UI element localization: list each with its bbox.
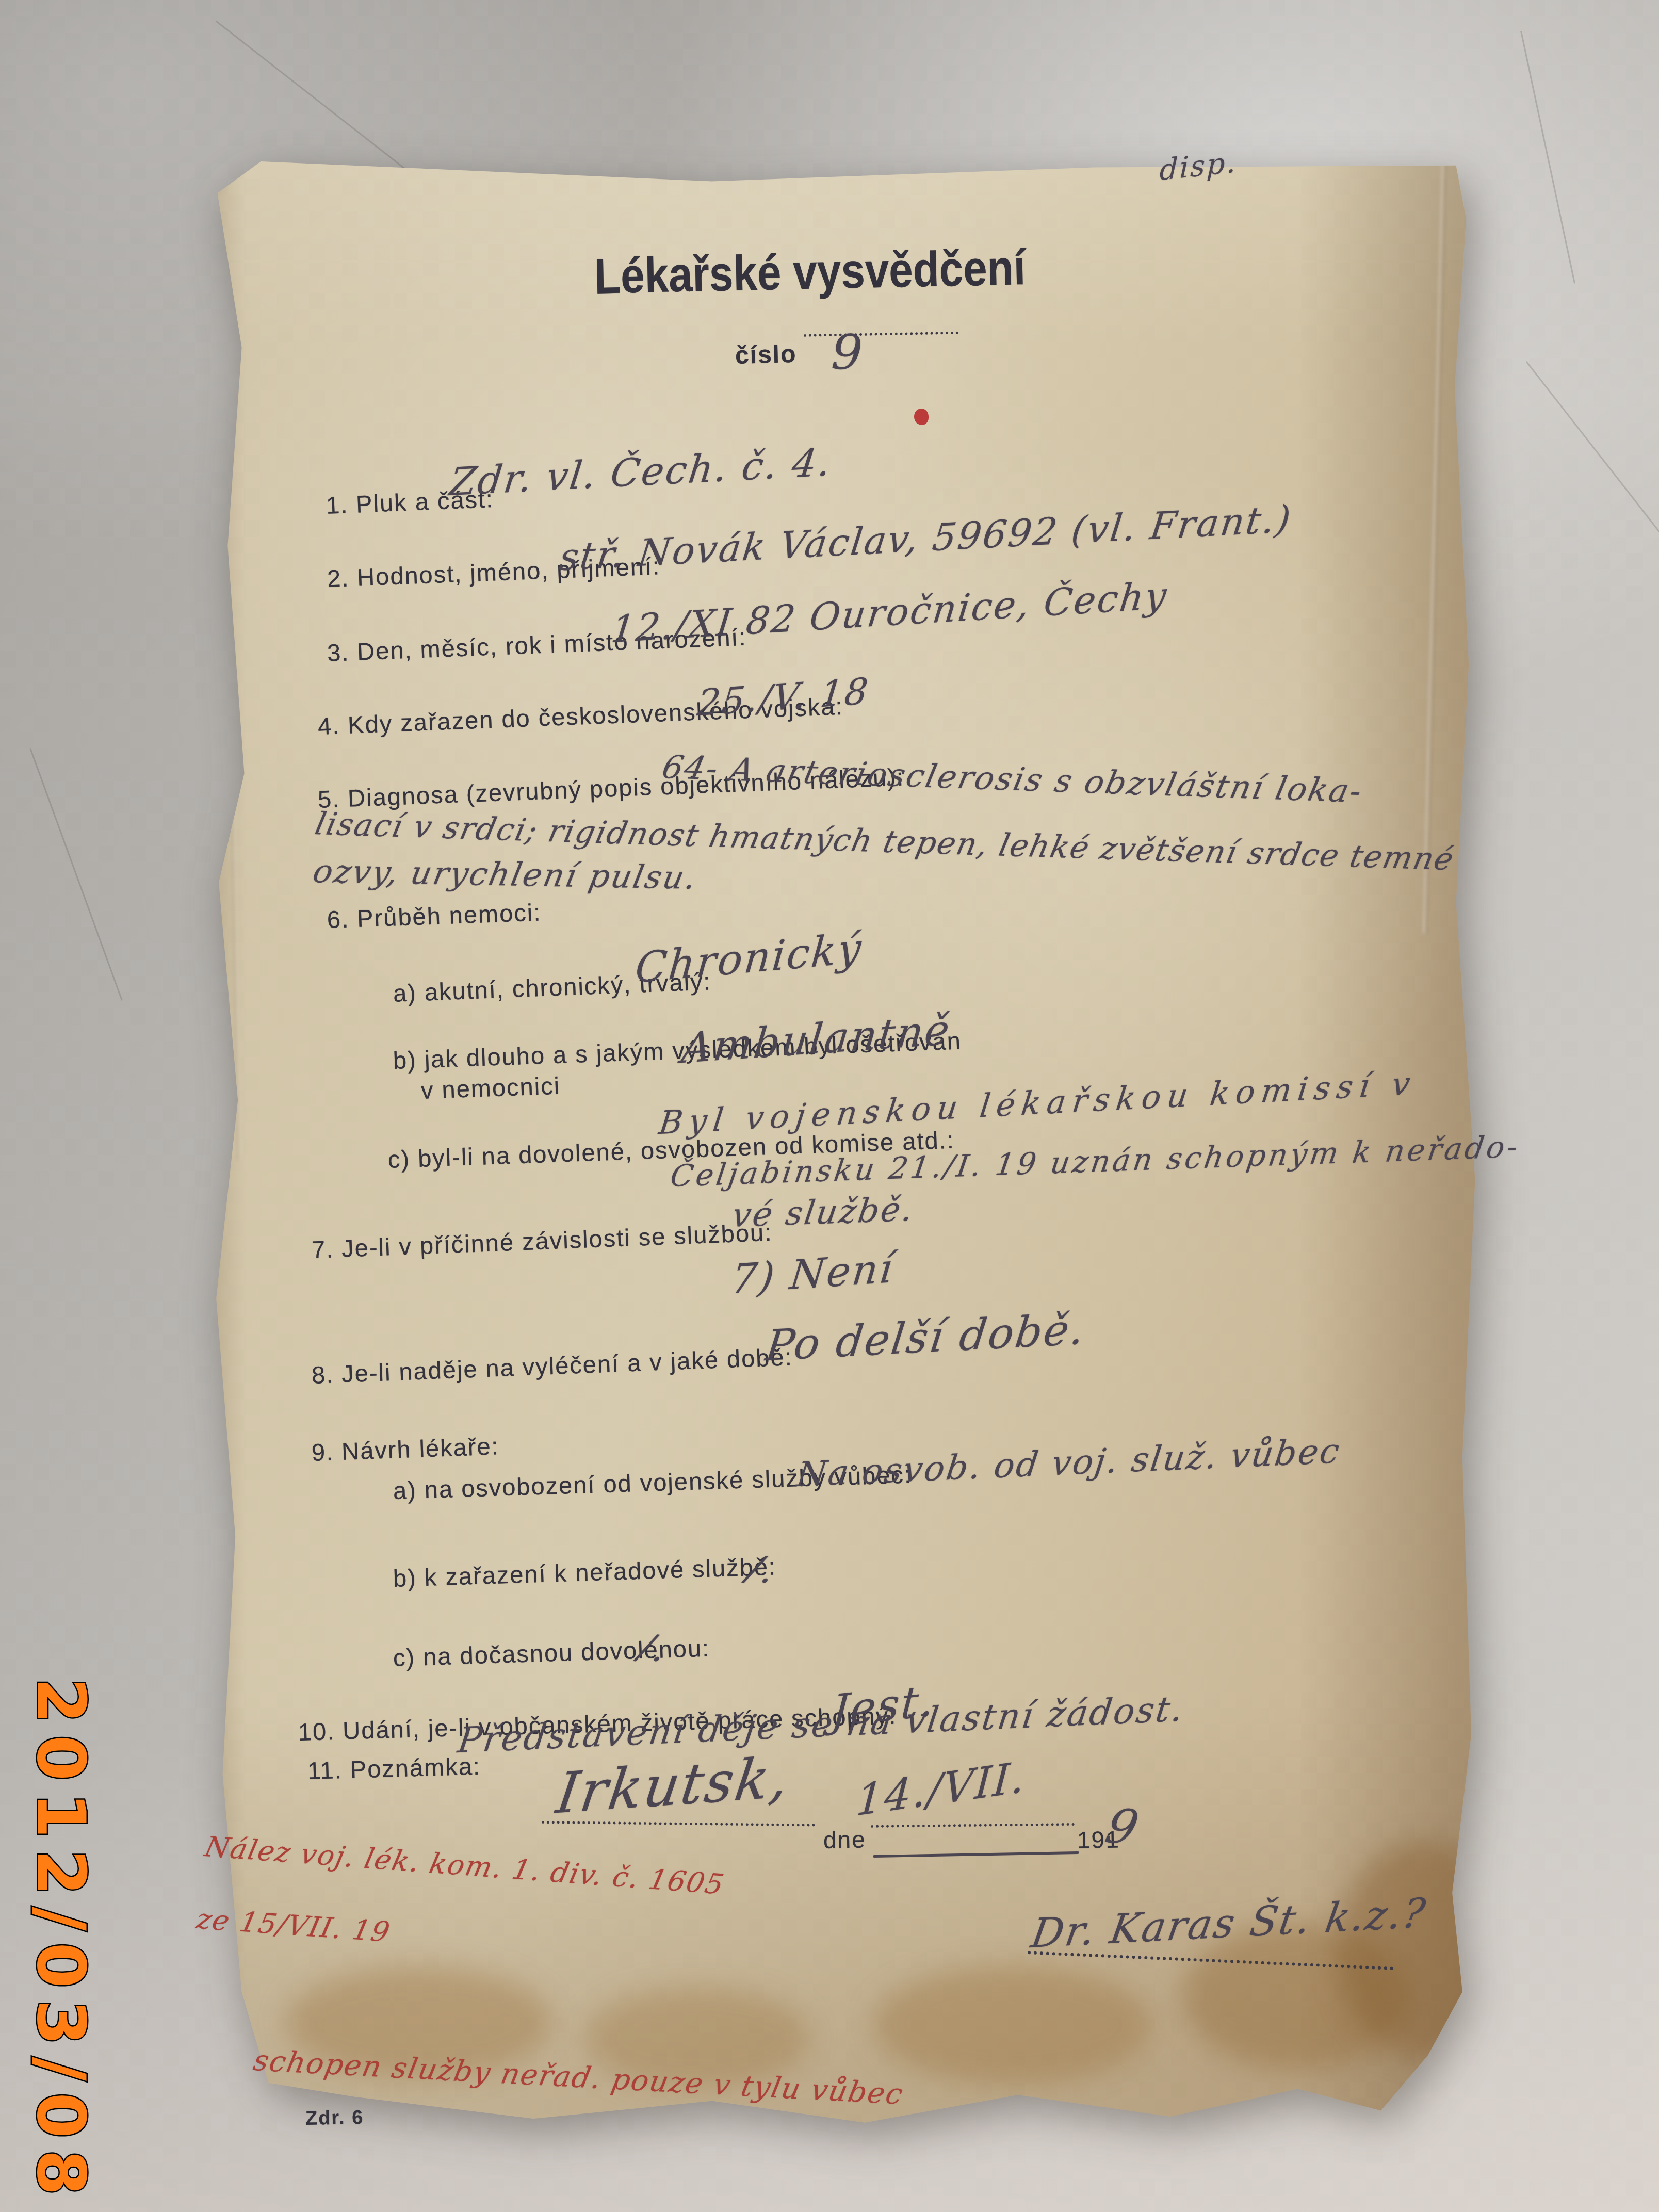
item11-value: Představení děje se na vlastní žádost. (456, 1688, 1187, 1761)
red-note-line2: ze 15/VII. 19 (193, 1902, 394, 1948)
handwritten-underline (873, 1851, 1079, 1858)
place-dotted-line (542, 1821, 815, 1827)
item11-label: 11. Poznámka: (307, 1752, 481, 1785)
number-dotted-line (804, 332, 958, 337)
item8-value: Po delší době. (763, 1305, 1088, 1371)
document-content: disp. Lékařské vysvědčení číslo 9 1. Plu… (0, 0, 1659, 2212)
item9b-label: b) k zařazení k neřadové službě: (393, 1552, 777, 1592)
form-code: Zdr. 6 (305, 2107, 364, 2130)
item5-value-line3: ozvy, urychlení pulsu. (310, 852, 701, 897)
camera-timestamp: 2012/03/08 (22, 1678, 99, 2207)
item5-value-line1: 64- A arteriosclerosis s obzvláštní loka… (659, 748, 1367, 810)
red-ink-dot (914, 409, 929, 425)
signature-underline (1028, 1951, 1394, 1970)
issue-date-value: 14./VII. (855, 1752, 1028, 1826)
item9-label: 9. Návrh lékaře: (311, 1432, 499, 1467)
item2-value: stř. Novák Václav, 59692 (vl. Frant.) (557, 497, 1295, 579)
number-label: číslo (735, 340, 797, 370)
photo-of-document: disp. Lékařské vysvědčení číslo 9 1. Plu… (0, 0, 1659, 2212)
item6b-value: Ambulantně (679, 1005, 953, 1072)
red-note-line3: schopen služby neřad. pouze v tylu vůbec (251, 2044, 906, 2111)
item7-value: 7) Není (729, 1245, 896, 1304)
item8-label: 8. Je-li naděje na vyléčení a v jaké dob… (311, 1342, 793, 1389)
year-written: 9 (1100, 1799, 1146, 1856)
form-title: Lékařské vysvědčení (585, 239, 1035, 305)
item1-value: Zdr. vl. Čech. č. 4. (447, 440, 835, 505)
item6-label: 6. Průběh nemoci: (327, 898, 542, 934)
item3-value: 12./XI 82 Ouročnice, Čechy (609, 574, 1170, 652)
date-dotted-line (871, 1823, 1075, 1828)
doctor-signature: Dr. Karas Št. k.z.? (1028, 1890, 1430, 1958)
item4-value: 25./V. 18 (695, 670, 872, 724)
corner-note: disp. (1159, 145, 1238, 187)
item6b-label-line2: v nemocnici (420, 1071, 561, 1104)
item9c-value: /. (634, 1625, 674, 1670)
number-value: 9 (830, 324, 865, 382)
date-label: dne (823, 1826, 867, 1854)
issue-place-value: Irkutsk, (552, 1745, 794, 1827)
item6a-value: Chronický (633, 924, 865, 993)
item9a-value: Na osvob. od voj. služ. vůbec (794, 1431, 1343, 1495)
red-note-line1: Nález voj. lék. kom. 1. div. č. 1605 (202, 1830, 727, 1900)
item6c-value-line1: Byl vojenskou lékařskou komissí v (657, 1064, 1418, 1142)
item7-label: 7. Je-li v příčinné závislosti se službo… (311, 1218, 773, 1264)
